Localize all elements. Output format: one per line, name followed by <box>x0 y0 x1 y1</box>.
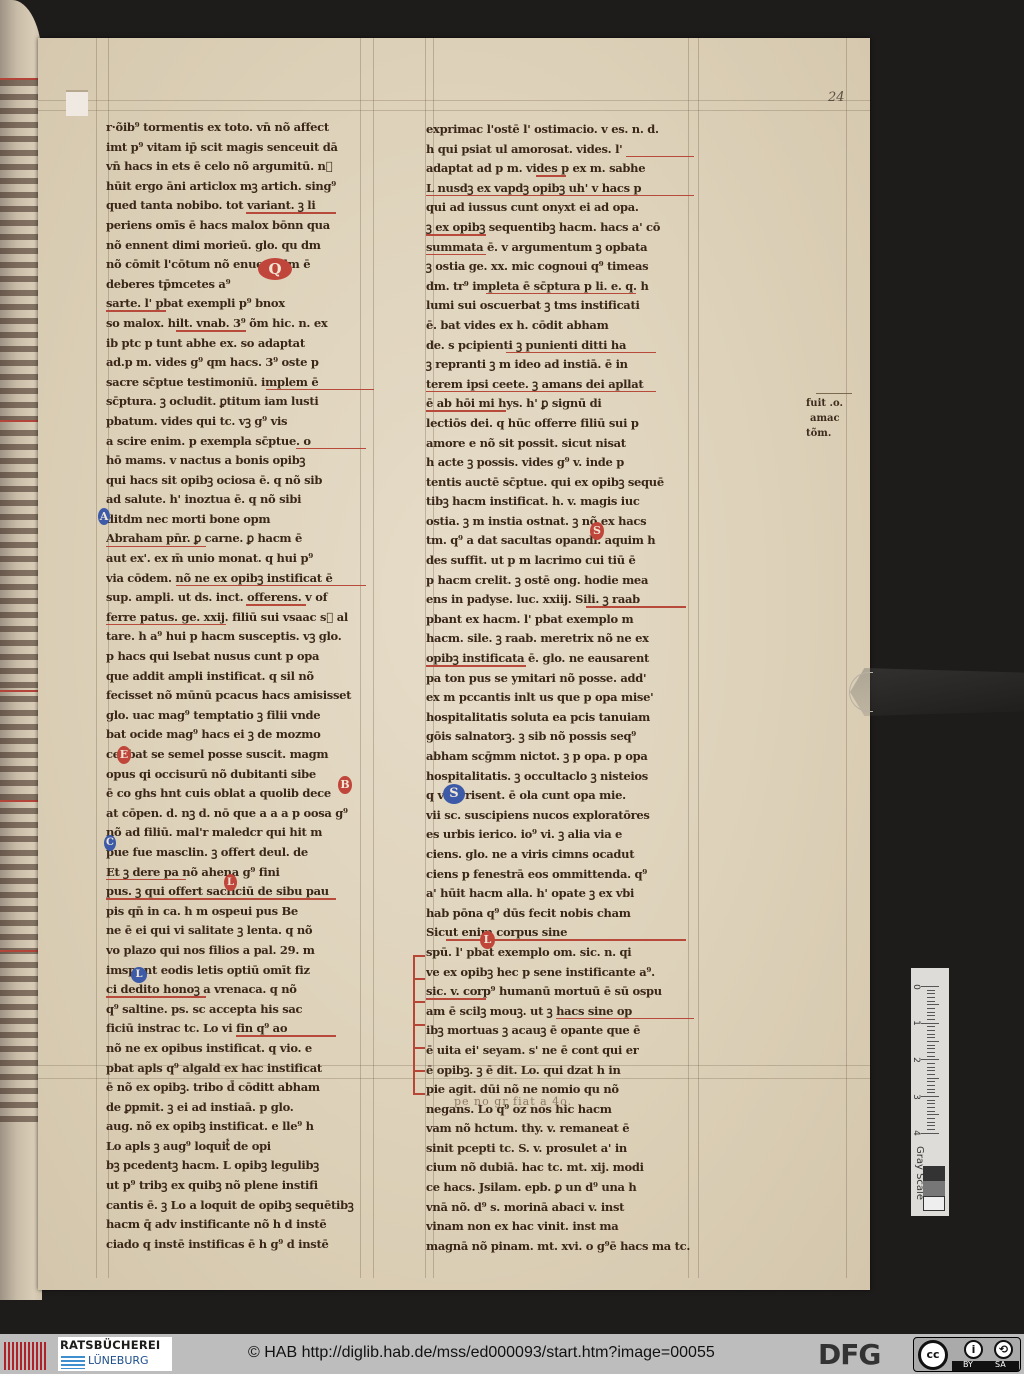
manuscript-line: ciado q instē instificas ē h g⁹ d instē <box>106 1235 374 1255</box>
manuscript-line: tm. q⁹ a dat sacultas opandi. aquim h <box>426 531 694 551</box>
manuscript-line: pa ton pus se ymitari nõ posse. add' <box>426 669 694 689</box>
manuscript-line: bꝫ pcedentꝫ hacm. L opibꝫ legulibꝫ <box>106 1156 374 1176</box>
manuscript-line: pis qn̄ in ca. h m ospeui pus Be <box>106 902 374 922</box>
manuscript-line-text: pa ton pus se ymitari nõ posse. add' <box>426 671 646 685</box>
by-label: BY <box>963 1360 973 1369</box>
manuscript-line-text: ex m pccantis inlt us que p opa mise' <box>426 690 653 704</box>
manuscript-line-text: nõ ne ex opibus instificat. q vio. e <box>106 1041 312 1055</box>
manuscript-line-text: ē co ghs hnt cuis oblat a quolib dece <box>106 786 331 800</box>
ruler-tick <box>927 1037 935 1038</box>
manuscript-line: lumi sui oscuerbat ꝫ tms instificati <box>426 296 694 316</box>
sa-label: SA <box>995 1360 1006 1369</box>
rubric-underline <box>236 1035 336 1037</box>
manuscript-line: imt p⁹ vitam ip̄ scit magis senceuit dā <box>106 138 374 158</box>
ruling-line <box>38 110 870 111</box>
manuscript-line: ex m pccantis inlt us que p opa mise' <box>426 688 694 708</box>
manuscript-line: spū. l' pbat exemplo om. sic. n. qi <box>426 943 694 963</box>
manuscript-line-text: hab pōna q⁹ dūs fecit nobis cham <box>426 906 631 920</box>
manuscript-line: vii sc. suscipiens nucos exploratōres <box>426 806 694 826</box>
ruler-tick <box>927 1030 935 1031</box>
rubric-underline <box>246 212 336 214</box>
ruler-tick <box>927 1026 935 1027</box>
manuscript-line: am ē scilꝫ mouꝫ. ut ꝫ hacs sine op <box>426 1002 694 1022</box>
manuscript-line-text: h acte ꝫ possis. vides g⁹ v. inde p <box>426 455 624 469</box>
manuscript-line-text: p hacs qui lsebat nusus cunt p opa <box>106 649 319 663</box>
manuscript-line: ad.p m. vides g⁹ qm hacs. 3⁹ oste p <box>106 353 374 373</box>
manuscript-line: q via vrisent. ē ola cunt opa mie. <box>426 786 694 806</box>
manuscript-line: sic. v. corp⁹ humanū mortuū ē sū ospu <box>426 982 694 1002</box>
ruler-number: 2 <box>911 1057 921 1063</box>
manuscript-line-text: ferre patus. ge. xxij. filiū sui vsaac s… <box>106 610 348 624</box>
marginal-note-line: amac <box>806 411 876 426</box>
manuscript-line: L nusdꝫ ex vapdꝫ opibꝫ uh' v hacs p <box>426 179 694 199</box>
manuscript-line: summata ē. v argumentum ꝫ opbata <box>426 238 694 258</box>
manuscript-line: sinit pcepti tc. S. v. prosulet a' in <box>426 1139 694 1159</box>
manuscript-line: nõ ne ex opibus instificat. q vio. e <box>106 1039 374 1059</box>
ruler-tick <box>921 1059 939 1060</box>
manuscript-line-text: hō mams. v nactus a bonis opibꝫ <box>106 453 305 467</box>
manuscript-line: ens in padyse. luc. xxiij. Sili. ꝫ raab <box>426 590 694 610</box>
manuscript-line-text: es urbis ierico. io⁹ vi. ꝫ alia via e <box>426 827 622 841</box>
bottom-margin-note: pe no gr fiat a 4o. <box>454 1095 572 1108</box>
manuscript-line-text: p hacm crelit. ꝫ ostē ong. hodie mea <box>426 573 648 587</box>
manuscript-line-text: sc̄ptura. ꝫ ocludit. ꝑtitum iam lusti <box>106 394 318 408</box>
manuscript-line: nõ cōmit l'cōtum nõ enuent dm ē <box>106 255 374 275</box>
by-attribution-icon: i <box>964 1340 983 1359</box>
previous-page-text <box>0 80 42 1130</box>
manuscript-line-text: adaptat ad p m. vides p ex m. sabhe <box>426 161 645 175</box>
manuscript-line-text: exprimac l'ostē l' ostimacio. v es. n. d… <box>426 122 659 136</box>
manuscript-line-text: aug. nõ ex opibꝫ instificat. e lle⁹ h <box>106 1119 314 1133</box>
manuscript-line-text: ciado q instē instificas ē h g⁹ d instē <box>106 1237 329 1251</box>
ruler-tick <box>927 1001 935 1002</box>
manuscript-line-text: pie agit. dūi nõ ne nomio qu nõ <box>426 1082 619 1096</box>
rubric-line <box>0 950 40 952</box>
manuscript-line: at cōpen. d. nꝫ d. nō que a a a p oosa g… <box>106 804 374 824</box>
manuscript-scan: 24 r·õib⁹ tormentis ex toto. vn̄ nõ affe… <box>0 0 1024 1334</box>
ruler-tick <box>927 1129 935 1130</box>
ruler-tick <box>927 990 935 991</box>
manuscript-line: lectiōs dei. q hūc offerre filiū sui p <box>426 414 694 434</box>
rubricated-initial-l: L <box>480 931 495 949</box>
manuscript-line-text: ꝫ ex opibꝫ sequentibꝫ hacm. hacs a' cō <box>426 220 660 234</box>
manuscript-line-text: q⁹ saltine. ps. sc accepta his sac <box>106 1002 302 1016</box>
manuscript-line-text: pue fue masclin. ꝫ offert deul. de <box>106 845 308 859</box>
manuscript-line: ditdm nec morti bone opm <box>106 510 374 530</box>
blue-initial-c: C <box>104 835 116 851</box>
manuscript-line-text: h qui psiat ul amorosat. vides. l' <box>426 142 622 156</box>
manuscript-line: sc̄ptura. ꝫ ocludit. ꝑtitum iam lusti <box>106 392 374 412</box>
manuscript-line-text: vinam non ex hac vinit. inst ma <box>426 1219 618 1233</box>
manuscript-line-text: deberes tp̄mcetes a⁹ <box>106 277 230 291</box>
marginal-note-line: tõm. <box>806 426 876 441</box>
manuscript-line-text: ciens. glo. ne a viris cimns ocadut <box>426 847 634 861</box>
manuscript-line-text: am ē scilꝫ mouꝫ. ut ꝫ hacs sine op <box>426 1004 632 1018</box>
manuscript-line: des suffit. ut p m lacrimo cui tiū ē <box>426 551 694 571</box>
manuscript-line: vo plazo qui nos filios a pal. 29. m <box>106 941 374 961</box>
parchment-leaf: 24 r·õib⁹ tormentis ex toto. vn̄ nõ affe… <box>38 38 870 1290</box>
manuscript-line-text: vo plazo qui nos filios a pal. 29. m <box>106 943 315 957</box>
manuscript-line-text: de. s pcipienti ꝫ punienti ditti ha <box>426 338 626 352</box>
ruling-line <box>38 100 870 101</box>
manuscript-line-text: ci dedito honoꝫ a vrenaca. q nõ <box>106 982 297 996</box>
manuscript-line-text: hacm. sile. ꝫ raab. meretrix nõ ne ex <box>426 631 649 645</box>
manuscript-line: ostia. ꝫ m instia ostnat. ꝫ nõ ex hacs <box>426 512 694 532</box>
manuscript-line: deberes tp̄mcetes a⁹ <box>106 275 374 295</box>
rubric-underline <box>626 156 694 158</box>
manuscript-line-text: que addit ampli instificat. q sil nõ <box>106 669 314 683</box>
manuscript-line: ut p⁹ tribꝫ ex quibꝫ nõ plene instifi <box>106 1176 374 1196</box>
rubric-underline <box>506 352 656 354</box>
manuscript-line-text: tibꝫ hacm instificat. h. v. magis iuc <box>426 494 640 508</box>
manuscript-line: vam nõ hctum. thy. v. remaneat ē <box>426 1119 694 1139</box>
manuscript-line-text: ē. bat vides ex h. cōdit abham <box>426 318 608 332</box>
ruler-tick <box>927 997 935 998</box>
ruler-tick <box>927 1107 935 1108</box>
copyright-url[interactable]: © HAB http://diglib.hab.de/mss/ed000093/… <box>248 1344 715 1362</box>
manuscript-line-text: pus. ꝫ qui offert sacficiū de sibu pau <box>106 884 329 898</box>
rubric-line <box>0 690 40 692</box>
book-waves-icon <box>61 1356 85 1369</box>
rubric-underline <box>586 606 686 608</box>
manuscript-line-text: ad salute. h' inoztua ē. q nõ sibi <box>106 492 301 506</box>
rubric-underline <box>176 585 366 587</box>
rubric-underline <box>106 624 226 626</box>
manuscript-line: pue fue masclin. ꝫ offert deul. de <box>106 843 374 863</box>
previous-page-edge <box>0 0 42 1300</box>
manuscript-line-text: de ꝑpmit. ꝫ ei ad instiaā. p glo. <box>106 1100 293 1114</box>
manuscript-line-text: pis qn̄ in ca. h m ospeui pus Be <box>106 904 298 918</box>
manuscript-line-text: qued tanta nobibo. tot variant. ꝫ li <box>106 198 315 212</box>
manuscript-line: vinam non ex hac vinit. inst ma <box>426 1217 694 1237</box>
manuscript-line-text: cium nõ dubiā. hac tc. mt. xij. modi <box>426 1160 644 1174</box>
ruler-number: 0 <box>911 984 921 990</box>
ruler-tick <box>921 986 939 987</box>
manuscript-line: tentis auctē sc̄ptue. qui ex opibꝫ sequē <box>426 473 694 493</box>
manuscript-line: bat ocide mag⁹ hacs ei ꝫ de mozmo <box>106 725 374 745</box>
manuscript-line: amore e nõ sit possit. sicut nisat <box>426 434 694 454</box>
footer-bar: RATSBÜCHEREI LÜNEBURG © HAB http://digli… <box>0 1334 1024 1374</box>
manuscript-line-text: ē nõ ex opibꝫ. tribo d̄ cōditt abham <box>106 1080 320 1094</box>
marginal-note: fuit .o. amac tõm. <box>806 393 876 441</box>
library-barcode-logo <box>4 1342 48 1370</box>
license-label-bar: BY SA <box>952 1361 1019 1371</box>
manuscript-line: sacre sc̄ptue testimoniū. implem ē <box>106 373 374 393</box>
manuscript-line-text: terem ipsi ceete. ꝫ amans dei apllat <box>426 377 643 391</box>
manuscript-line: pus. ꝫ qui offert sacficiū de sibu pau <box>106 882 374 902</box>
rubric-underline <box>426 234 486 236</box>
manuscript-line-text: opibꝫ instificata ē. glo. ne eausarent <box>426 651 649 665</box>
manuscript-line: aug. nõ ex opibꝫ instificat. e lle⁹ h <box>106 1117 374 1137</box>
manuscript-line: hacm. sile. ꝫ raab. meretrix nõ ne ex <box>426 629 694 649</box>
manuscript-line: ciens. glo. ne a viris cimns ocadut <box>426 845 694 865</box>
ruler-tick <box>927 1122 935 1123</box>
parchment-repair-patch <box>66 90 88 116</box>
manuscript-line: tare. h a⁹ hui p hacm susceptis. vꝫ glo. <box>106 627 374 647</box>
manuscript-line: hō mams. v nactus a bonis opibꝫ <box>106 451 374 471</box>
rubric-underline <box>426 998 486 1000</box>
manuscript-line: ē ab hōi mi hys. h' ꝑ signū di <box>426 394 694 414</box>
manuscript-line-text: pbat apls q⁹ algald ex hac instificat <box>106 1061 322 1075</box>
manuscript-line: h qui psiat ul amorosat. vides. l' <box>426 140 694 160</box>
manuscript-line-text: ib ptc p tunt abhe ex. so adaptat <box>106 336 305 350</box>
scale-ruler: 0 1 2 3 4 Gray Scale <box>911 968 949 1216</box>
rubric-underline <box>426 195 694 197</box>
ruling-line <box>698 38 699 1278</box>
rubricated-initial-e: E <box>117 746 131 764</box>
manuscript-line: nõ ad filiū. mal'r maledcr qui hit m <box>106 823 374 843</box>
rubric-underline <box>106 898 336 900</box>
manuscript-line-text: Lo apls ꝫ aug⁹ loquitᷤ de opi <box>106 1139 271 1153</box>
manuscript-line-text: hacm q̄ adv instificante nõ h d instē <box>106 1217 326 1231</box>
manuscript-line: fecisset nõ mūnū pcacus hacs amisisset <box>106 686 374 706</box>
sa-sharealike-icon: ⟲ <box>994 1340 1013 1359</box>
manuscript-line: ē opibꝫ. ꝫ ē dit. Lo. qui dzat h in <box>426 1061 694 1081</box>
manuscript-line-text: gōis salnatorꝫ. ꝫ sib nõ possis seq⁹ <box>426 729 636 743</box>
ruler-tick <box>927 1052 935 1053</box>
manuscript-line-text: ostia. ꝫ m instia ostnat. ꝫ nõ ex hacs <box>426 514 646 528</box>
manuscript-line: opibꝫ instificata ē. glo. ne eausarent <box>426 649 694 669</box>
manuscript-line-text: nõ ad filiū. mal'r maledcr qui hit m <box>106 825 322 839</box>
manuscript-line-text: bat ocide mag⁹ hacs ei ꝫ de mozmo <box>106 727 320 741</box>
manuscript-line-text: ce hacs. Jsilam. epb. ꝑ un d⁹ una h <box>426 1180 636 1194</box>
manuscript-line: hacm q̄ adv instificante nõ h d instē <box>106 1215 374 1235</box>
rubric-underline <box>266 389 374 391</box>
manuscript-line: ē co ghs hnt cuis oblat a quolib dece <box>106 784 374 804</box>
rubric-underline <box>556 1018 694 1020</box>
manuscript-line-text: qui hacs sit opibꝫ ociosa ē. q nõ sib <box>106 473 322 487</box>
manuscript-line-text: hospitalitatis. ꝫ occultaclo ꝫ nisteios <box>426 769 648 783</box>
manuscript-line: vnā nõ. d⁹ s. morinā abaci v. inst <box>426 1198 694 1218</box>
manuscript-line: sarte. l' pbat exempli p⁹ bnox <box>106 294 374 314</box>
manuscript-line: qui hacs sit opibꝫ ociosa ē. q nõ sib <box>106 471 374 491</box>
ruler-tick <box>927 1034 935 1035</box>
manuscript-line: pbat apls q⁹ algald ex hac instificat <box>106 1059 374 1079</box>
ruler-tick <box>921 1096 939 1097</box>
rubricated-initial-b: B <box>338 776 352 794</box>
manuscript-line: a' hūit hacm alla. h' opate ꝫ ex vbi <box>426 884 694 904</box>
manuscript-line-text: cantis ē. ꝫ Lo a loquit de opibꝫ sequēti… <box>106 1198 353 1212</box>
ruler-tick <box>927 1078 939 1079</box>
manuscript-line-text: ens in padyse. luc. xxiij. Sili. ꝫ raab <box>426 592 640 606</box>
ruler-number: 1 <box>911 1020 921 1026</box>
folio-number: 24 <box>828 90 845 105</box>
ruler-tick <box>927 1004 939 1005</box>
manuscript-line-text: des suffit. ut p m lacrimo cui tiū ē <box>426 553 636 567</box>
manuscript-line-text: ciens p fenestrā eos ommittenda. q⁹ <box>426 867 647 881</box>
manuscript-line: p hacs qui lsebat nusus cunt p opa <box>106 647 374 667</box>
ruling-line <box>846 38 847 1278</box>
manuscript-line-text: a scire enim. p exempla sc̄ptue. o <box>106 434 311 448</box>
ruler-tick <box>927 1063 935 1064</box>
manuscript-line: q⁹ saltine. ps. sc accepta his sac <box>106 1000 374 1020</box>
cc-by-sa-badge[interactable]: cc i ⟲ BY SA <box>913 1337 1021 1372</box>
rubric-underline <box>296 448 366 450</box>
manuscript-line: ve ex opibꝫ hec p sene instificante a⁹. <box>426 963 694 983</box>
manuscript-line-text: pbant ex hacm. l' pbat exemplo m <box>426 612 633 626</box>
logo-text-line1: RATSBÜCHEREI <box>60 1338 160 1352</box>
manuscript-line-text: sic. v. corp⁹ humanū mortuū ē sū ospu <box>426 984 662 998</box>
manuscript-line: ciens p fenestrā eos ommittenda. q⁹ <box>426 865 694 885</box>
manuscript-line-text: ē ab hōi mi hys. h' ꝑ signū di <box>426 396 602 410</box>
rubric-bracket <box>413 955 423 1095</box>
blue-initial-l: L <box>131 967 147 983</box>
manuscript-line-text: pbatum. vides qui tc. vꝫ g⁹ vis <box>106 414 287 428</box>
manuscript-line-text: so malox. hilt. vnab. 3⁹ õm hic. n. ex <box>106 316 327 330</box>
manuscript-line: ficiū instrac tc. Lo vi fin q⁹ ao <box>106 1019 374 1039</box>
manuscript-line: hospitalitatis soluta ea pcis tanuiam <box>426 708 694 728</box>
rubricated-initial-l: L <box>224 874 237 891</box>
manuscript-line: ꝫ ostia ge. xx. mic cognoui q⁹ timeas <box>426 257 694 277</box>
manuscript-line-text: vii sc. suscipiens nucos exploratōres <box>426 808 650 822</box>
manuscript-line: pbatum. vides qui tc. vꝫ g⁹ vis <box>106 412 374 432</box>
ruler-tick <box>927 1081 935 1082</box>
manuscript-line: abham scḡmm nictot. ꝫ p opa. p opa <box>426 747 694 767</box>
ruler-tick <box>927 1015 935 1016</box>
manuscript-line-text: ē uita ei' seyam. s' ne ē cont qui er <box>426 1043 639 1057</box>
rubric-underline <box>106 546 206 548</box>
manuscript-line: p hacm crelit. ꝫ ostē ong. hodie mea <box>426 571 694 591</box>
manuscript-line-text: amore e nõ sit possit. sicut nisat <box>426 436 626 450</box>
manuscript-line: ne ē ei qui vi salitate ꝫ lenta. q nõ <box>106 921 374 941</box>
manuscript-line: opus qi occisurū nõ dubitanti sibe <box>106 765 374 785</box>
manuscript-line: dm. tr⁹ impleta ē sc̄ptura p li. e. q. h <box>426 277 694 297</box>
manuscript-line-text: Sicut enim corpus sine <box>426 925 567 939</box>
manuscript-line-text: periens omīs ē hacs malox bōnn qua <box>106 218 330 232</box>
manuscript-line-text: ne ē ei qui vi salitate ꝫ lenta. q nõ <box>106 923 312 937</box>
manuscript-line-text: vn̄ hacs in ets ē celo nõ argumitū. nᷤ <box>106 159 333 173</box>
manuscript-line-text: ve ex opibꝫ hec p sene instificante a⁹. <box>426 965 655 979</box>
manuscript-line-text: ibꝫ mortuas ꝫ acauꝫ ē opante que ē <box>426 1023 640 1037</box>
manuscript-line-text: cedbat se semel posse suscit. magm <box>106 747 328 761</box>
ruler-tick <box>927 1041 939 1042</box>
manuscript-line-text: ditdm nec morti bone opm <box>106 512 270 526</box>
manuscript-line: via cōdem. nõ ne ex opibꝫ instificat ē <box>106 569 374 589</box>
manuscript-line-text: spū. l' pbat exemplo om. sic. n. qi <box>426 945 631 959</box>
manuscript-line-text: at cōpen. d. nꝫ d. nō que a a a p oosa g… <box>106 806 348 820</box>
manuscript-line: so malox. hilt. vnab. 3⁹ õm hic. n. ex <box>106 314 374 334</box>
rubric-underline <box>106 996 206 998</box>
cc-icon: cc <box>918 1340 948 1370</box>
manuscript-line: ibꝫ mortuas ꝫ acauꝫ ē opante que ē <box>426 1021 694 1041</box>
ratsbuecherei-logo: RATSBÜCHEREI LÜNEBURG <box>58 1337 172 1371</box>
manuscript-line-text: ꝫ repranti ꝫ m ideo ad instiā. ē in <box>426 357 628 371</box>
manuscript-line: aut ex'. ex m̄ unio monat. q hui p⁹ <box>106 549 374 569</box>
manuscript-line-text: ut p⁹ tribꝫ ex quibꝫ nõ plene instifi <box>106 1178 318 1192</box>
rubric-underline <box>536 175 566 177</box>
manuscript-line: magnā nõ pinam. mt. xvi. o g⁹ē hacs ma t… <box>426 1237 694 1257</box>
ruler-tick <box>927 1012 935 1013</box>
rubric-underline <box>426 254 486 256</box>
rubric-underline <box>486 293 636 295</box>
manuscript-line: terem ipsi ceete. ꝫ amans dei apllat <box>426 375 694 395</box>
manuscript-line: Abraham pn̄r. ꝑ carne. ꝑ hacm ē <box>106 529 374 549</box>
manuscript-line-text: ficiū instrac tc. Lo vi fin q⁹ ao <box>106 1021 287 1035</box>
manuscript-line: hospitalitatis. ꝫ occultaclo ꝫ nisteios <box>426 767 694 787</box>
manuscript-line: ē uita ei' seyam. s' ne ē cont qui er <box>426 1041 694 1061</box>
manuscript-line: ꝫ repranti ꝫ m ideo ad instiā. ē in <box>426 355 694 375</box>
ruler-tick <box>927 1118 935 1119</box>
manuscript-line-text: sup. ampli. ut ds. inct. offerens. v of <box>106 590 327 604</box>
manuscript-line: Lo apls ꝫ aug⁹ loquitᷤ de opi <box>106 1137 374 1157</box>
manuscript-line-text: dm. tr⁹ impleta ē sc̄ptura p li. e. q. h <box>426 279 649 293</box>
manuscript-line: tibꝫ hacm instificat. h. v. magis iuc <box>426 492 694 512</box>
ruler-tick <box>927 1089 935 1090</box>
manuscript-line: ce hacs. Jsilam. epb. ꝑ un d⁹ una h <box>426 1178 694 1198</box>
manuscript-line-text: tentis auctē sc̄ptue. qui ex opibꝫ sequē <box>426 475 664 489</box>
manuscript-line: Et ꝫ dere pa nõ ahena g⁹ fini <box>106 863 374 883</box>
manuscript-line: exprimac l'ostē l' ostimacio. v es. n. d… <box>426 120 694 140</box>
rubricated-initial-q: Q <box>258 258 292 280</box>
ruler-tick <box>927 1092 935 1093</box>
manuscript-line: ꝫ ex opibꝫ sequentibꝫ hacm. hacs a' cō <box>426 218 694 238</box>
manuscript-line-text: a' hūit hacm alla. h' opate ꝫ ex vbi <box>426 886 634 900</box>
rubric-underline <box>176 330 246 332</box>
manuscript-line-text: sacre sc̄ptue testimoniū. implem ē <box>106 375 318 389</box>
manuscript-line: ferre patus. ge. xxij. filiū sui vsaac s… <box>106 608 374 628</box>
rubric-underline <box>106 310 166 312</box>
manuscript-line-text: vam nõ hctum. thy. v. remaneat ē <box>426 1121 629 1135</box>
manuscript-line-text: Abraham pn̄r. ꝑ carne. ꝑ hacm ē <box>106 531 302 545</box>
manuscript-line: r·õib⁹ tormentis ex toto. vn̄ nõ affect <box>106 118 374 138</box>
manuscript-line-text: vnā nõ. d⁹ s. morinā abaci v. inst <box>426 1200 624 1214</box>
manuscript-line-text: sarte. l' pbat exempli p⁹ bnox <box>106 296 285 310</box>
rubric-underline <box>246 604 306 606</box>
manuscript-line: glo. uac mag⁹ temptatio ꝫ filii vnde <box>106 706 374 726</box>
ruler-number: 4 <box>911 1130 921 1136</box>
manuscript-line: Sicut enim corpus sine <box>426 923 694 943</box>
rubric-underline <box>106 879 186 881</box>
manuscript-line-text: imt p⁹ vitam ip̄ scit magis senceuit dā <box>106 140 338 154</box>
manuscript-line-text: summata ē. v argumentum ꝫ opbata <box>426 240 647 254</box>
manuscript-line: cium nõ dubiā. hac tc. mt. xij. modi <box>426 1158 694 1178</box>
left-text-column: r·õib⁹ tormentis ex toto. vn̄ nõ affecti… <box>106 118 374 1254</box>
gray-patch-dark <box>923 1166 945 1181</box>
ruler-tick <box>927 1074 935 1075</box>
manuscript-line: cedbat se semel posse suscit. magm <box>106 745 374 765</box>
ruling-line <box>96 38 97 1278</box>
manuscript-line-text: ē opibꝫ. ꝫ ē dit. Lo. qui dzat h in <box>426 1063 621 1077</box>
manuscript-line-text: tm. q⁹ a dat sacultas opandi. aquim h <box>426 533 655 547</box>
manuscript-line: hūit ergo āni articlox mꝫ artich. sing⁹ <box>106 177 374 197</box>
ruler-tick <box>921 1133 939 1134</box>
ruler-tick <box>927 1008 935 1009</box>
blue-initial-a: A <box>98 508 110 525</box>
manuscript-line-text: qui ad iussus cunt onyxt ei ad opa. <box>426 200 639 214</box>
ruler-tick <box>927 1019 935 1020</box>
ruler-tick <box>927 1045 935 1046</box>
manuscript-line-text: ꝫ ostia ge. xx. mic cognoui q⁹ timeas <box>426 259 648 273</box>
right-text-column: exprimac l'ostē l' ostimacio. v es. n. d… <box>426 120 694 1256</box>
ruler-tick <box>927 1103 935 1104</box>
rubric-line <box>0 78 40 80</box>
manuscript-line-text: bꝫ pcedentꝫ hacm. L opibꝫ legulibꝫ <box>106 1158 319 1172</box>
manuscript-line: que addit ampli instificat. q sil nõ <box>106 667 374 687</box>
ruler-tick <box>927 1111 935 1112</box>
manuscript-line: pbant ex hacm. l' pbat exemplo m <box>426 610 694 630</box>
ruler-tick <box>927 1114 939 1115</box>
manuscript-line: ci dedito honoꝫ a vrenaca. q nõ <box>106 980 374 1000</box>
ruler-tick <box>927 1085 935 1086</box>
manuscript-line-text: fecisset nõ mūnū pcacus hacs amisisset <box>106 688 351 702</box>
manuscript-line-text: nõ ennent dimi morieū. glo. qu dm <box>106 238 321 252</box>
manuscript-line-text: lumi sui oscuerbat ꝫ tms instificati <box>426 298 640 312</box>
manuscript-line-text: Et ꝫ dere pa nõ ahena g⁹ fini <box>106 865 280 879</box>
book-clip <box>850 668 1024 716</box>
manuscript-line-text: abham scḡmm nictot. ꝫ p opa. p opa <box>426 749 647 763</box>
ruler-tick <box>927 1125 935 1126</box>
gray-patch-light <box>923 1196 945 1211</box>
